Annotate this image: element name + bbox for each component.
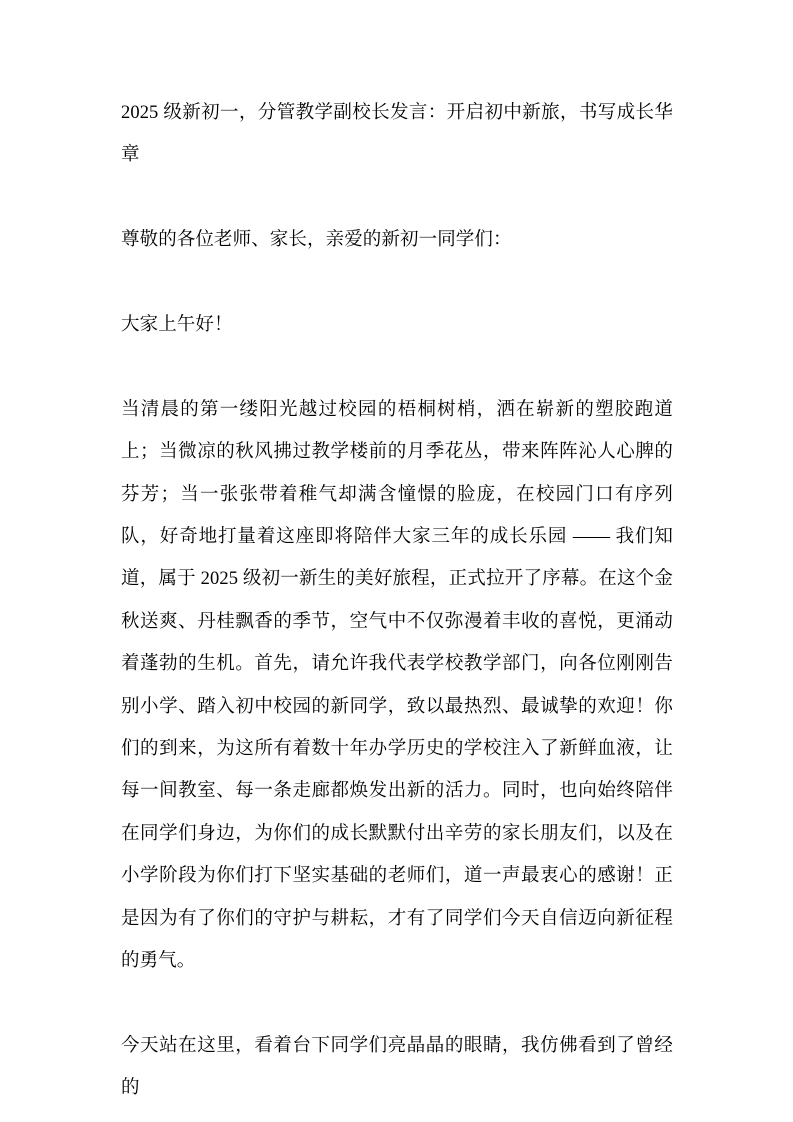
document-page: 2025 级新初一，分管教学副校长发言：开启初中新旅，书写成长华章 尊敬的各位老… — [0, 0, 793, 1122]
paragraph-body-main: 当清晨的第一缕阳光越过校园的梧桐树梢，洒在崭新的塑胶跑道上；当微凉的秋风拂过教学… — [121, 389, 673, 983]
document-title: 2025 级新初一，分管教学副校长发言：开启初中新旅，书写成长华章 — [121, 92, 673, 177]
paragraph-salutation: 尊敬的各位老师、家长，亲爱的新初一同学们： — [121, 219, 673, 261]
paragraph-greeting: 大家上午好！ — [121, 304, 673, 346]
paragraph-body-closing: 今天站在这里，看着台下同学们亮晶晶的眼睛，我仿佛看到了曾经的 — [121, 1025, 673, 1110]
